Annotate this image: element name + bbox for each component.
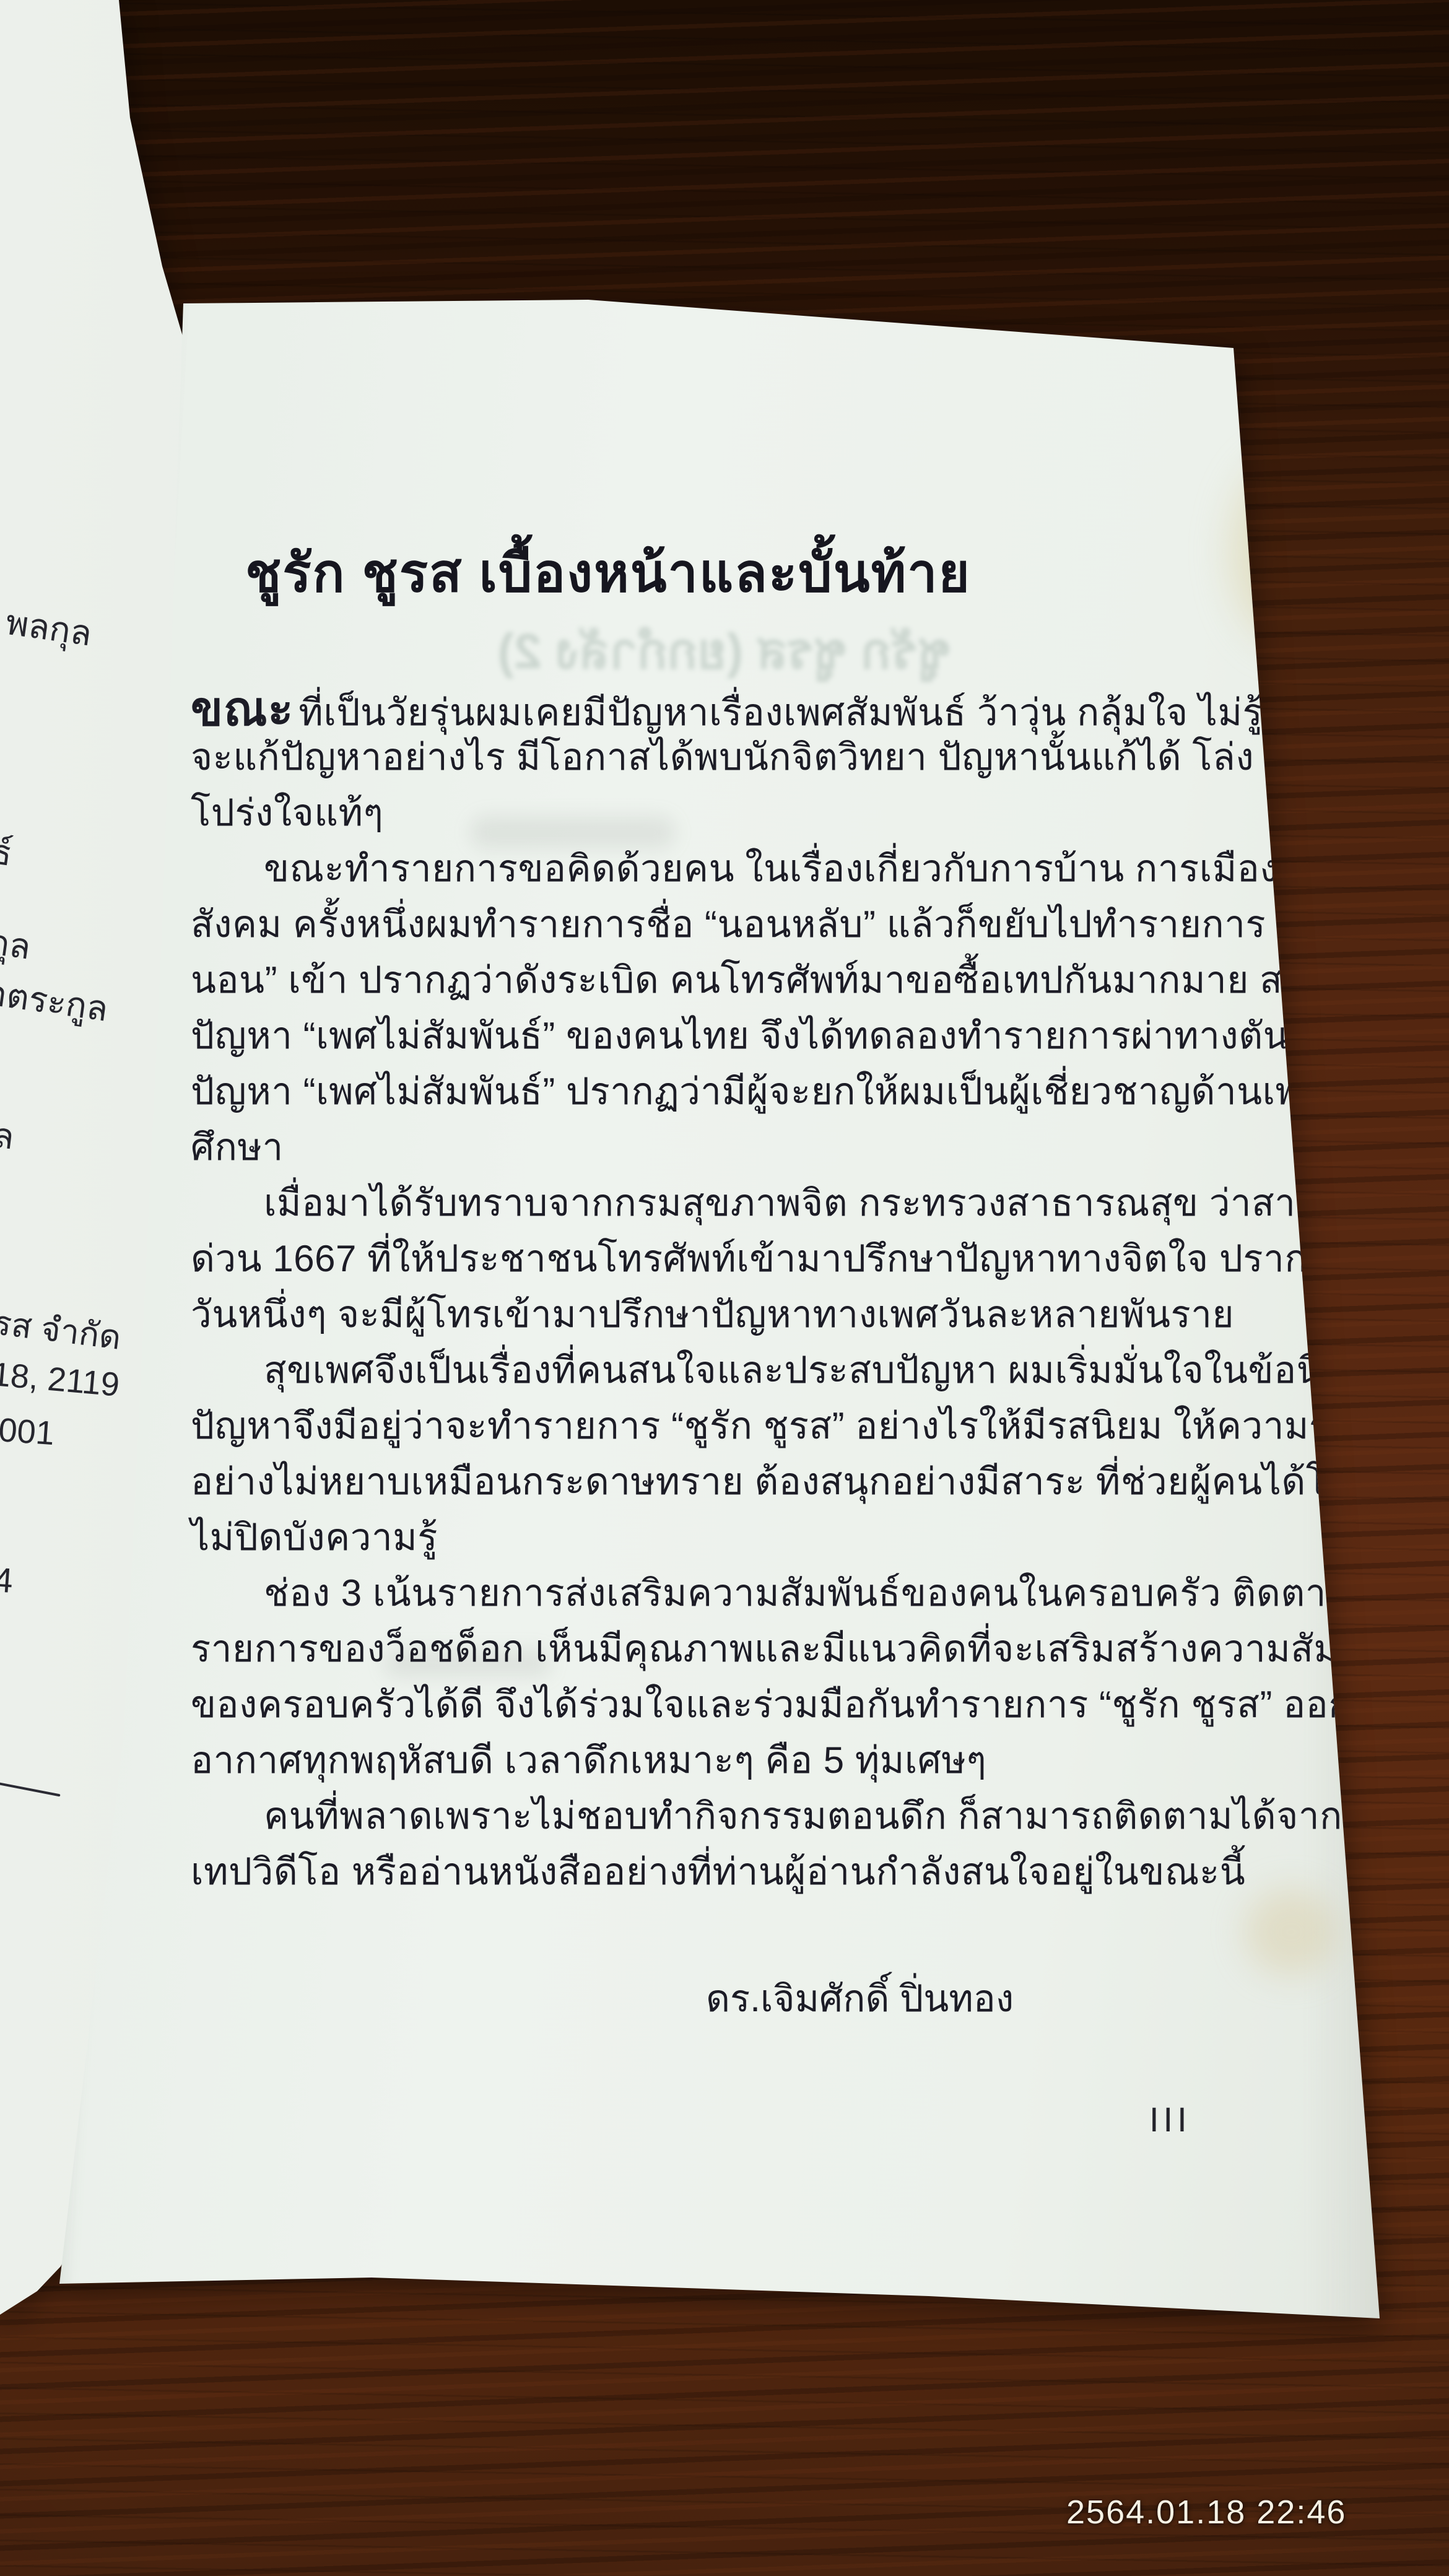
left-page-text-fragment: ธ์ bbox=[0, 824, 16, 881]
left-page-text-fragment: พรส จำกัด bbox=[0, 1293, 124, 1364]
body-line: รายการของว็อชด็อก เห็นมีคุณภาพและมีแนวคิ… bbox=[191, 1619, 1172, 1678]
body-line: ปัญหาจึงมีอยู่ว่าจะทำรายการ “ชูรัก ชูรส”… bbox=[191, 1396, 1172, 1455]
left-page-text-fragment: อตระกูล bbox=[0, 965, 111, 1037]
left-page-text-fragment: 4 bbox=[0, 1559, 14, 1601]
left-page-text-fragment: กุล bbox=[0, 914, 35, 975]
left-page-text-fragment: ล bbox=[0, 1107, 17, 1165]
body-line: ศึกษา bbox=[191, 1118, 1172, 1177]
paper-stain bbox=[1245, 1889, 1338, 1975]
body-line: นอน” เข้า ปรากฏว่าดังระเบิด คนโทรศัพท์มา… bbox=[191, 951, 1172, 1009]
body-line: อย่างไม่หยาบเหมือนกระดาษทราย ต้องสนุกอย่… bbox=[191, 1452, 1172, 1511]
body-line: สังคม ครั้งหนึ่งผมทำรายการชื่อ “นอนหลับ”… bbox=[191, 895, 1172, 954]
paper-stain bbox=[1232, 458, 1350, 644]
page-edge-shadow bbox=[1288, 248, 1449, 2415]
photo-scene: พลกุล ธ์ กุล อตระกูล ล พรส จำกัด 18, 211… bbox=[0, 0, 1449, 2576]
body-line: ขณะทำรายการขอคิดด้วยคน ในเรื่องเกี่ยวกับ… bbox=[191, 839, 1245, 898]
body-line: ไม่ปิดบังความรู้ bbox=[191, 1508, 1172, 1567]
body-line: เมื่อมาได้รับทราบจากกรมสุขภาพจิต กระทรวง… bbox=[191, 1173, 1245, 1232]
body-line: ช่อง 3 เน้นรายการส่งเสริมความสัมพันธ์ของ… bbox=[191, 1564, 1245, 1622]
body-line: ด่วน 1667 ที่ให้ประชาชนโทรศัพท์เข้ามาปรึ… bbox=[191, 1229, 1172, 1288]
page-number: III bbox=[1149, 2099, 1191, 2139]
body-line: ของครอบครัวได้ดี จึงได้ร่วมใจและร่วมมือก… bbox=[191, 1675, 1172, 1734]
body-line: ปัญหา “เพศไม่สัมพันธ์” ปรากฏว่ามีผู้จะยก… bbox=[191, 1062, 1172, 1121]
body-line: อากาศทุกพฤหัสบดี เวลาดึกเหมาะๆ คือ 5 ทุ่… bbox=[191, 1731, 1172, 1790]
body-line: เทปวิดีโอ หรืออ่านหนังสืออย่างที่ท่านผู้… bbox=[191, 1842, 1172, 1901]
book-page: ชูรัก ชูรส (ยกกำลัง 2) ชูรัก ชูรส เบื้อง… bbox=[0, 0, 1449, 2576]
body-line: ปัญหา “เพศไม่สัมพันธ์” ของคนไทย จึงได้ทด… bbox=[191, 1006, 1172, 1065]
body-line: โปร่งใจแท้ๆ bbox=[191, 783, 1172, 842]
left-page-text-fragment: 2001 bbox=[0, 1409, 56, 1453]
camera-timestamp: 2564.01.18 22:46 bbox=[1066, 2493, 1346, 2531]
left-page-text-fragment: พลกุล bbox=[2, 594, 95, 661]
page-title: ชูรัก ชูรส เบื้องหน้าและบั้นท้าย bbox=[245, 530, 971, 615]
body-line-text: ที่เป็นวัยรุ่นผมเคยมีปัญหาเรื่องเพศสัมพั… bbox=[298, 692, 1263, 733]
body-line: คนที่พลาดเพราะไม่ชอบทำกิจกรรมตอนดึก ก็สา… bbox=[191, 1786, 1245, 1845]
author-signature: ดร.เจิมศักดิ์ ปิ่นทอง bbox=[706, 1969, 1014, 2028]
body-line: สุขเพศจึงเป็นเรื่องที่คนสนใจและประสบปัญห… bbox=[191, 1341, 1245, 1399]
open-book: พลกุล ธ์ กุล อตระกูล ล พรส จำกัด 18, 211… bbox=[0, 0, 1449, 2576]
body-line: จะแก้ปัญหาอย่างไร มีโอกาสได้พบนักจิตวิทย… bbox=[191, 728, 1172, 786]
body-line: วันหนึ่งๆ จะมีผู้โทรเข้ามาปรึกษาปัญหาทาง… bbox=[191, 1285, 1172, 1344]
left-page-rule-line bbox=[0, 1778, 61, 1796]
